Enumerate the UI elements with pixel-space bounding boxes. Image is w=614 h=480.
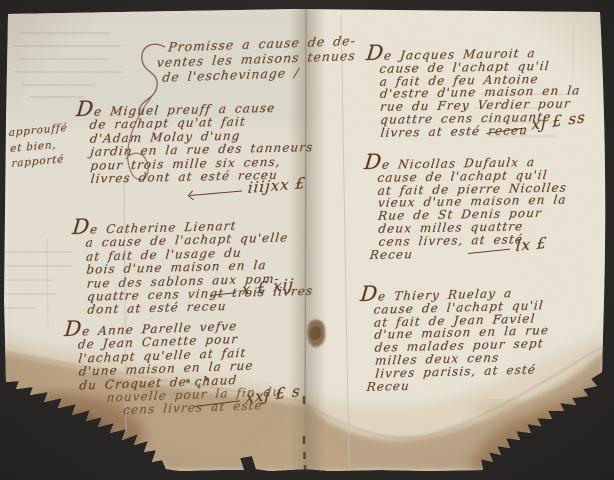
margin-note: approuffé et bien, rapporté [8, 121, 71, 172]
ledger-entry-right-3: De Thiery Ruelay a cause de l'achapt qu'… [360, 283, 551, 393]
sum-dash [468, 249, 510, 254]
sum-amount: lx £ [515, 236, 547, 254]
sum-dash [210, 292, 236, 296]
sum-dash [486, 127, 526, 134]
ledger-entry-left-2: De Catherine Lienart a cause de l'achapt… [72, 215, 314, 318]
page-heading: Promisse a cause de de- ventes les maiso… [152, 34, 323, 85]
sum-dash [190, 190, 242, 196]
sum-dash [194, 400, 240, 407]
manuscript-scan: Promisse a cause de de- ventes les maiso… [0, 0, 614, 480]
ledger-entry-left-1: De Miguel preuff a cause de rachapt qu'a… [76, 98, 314, 186]
